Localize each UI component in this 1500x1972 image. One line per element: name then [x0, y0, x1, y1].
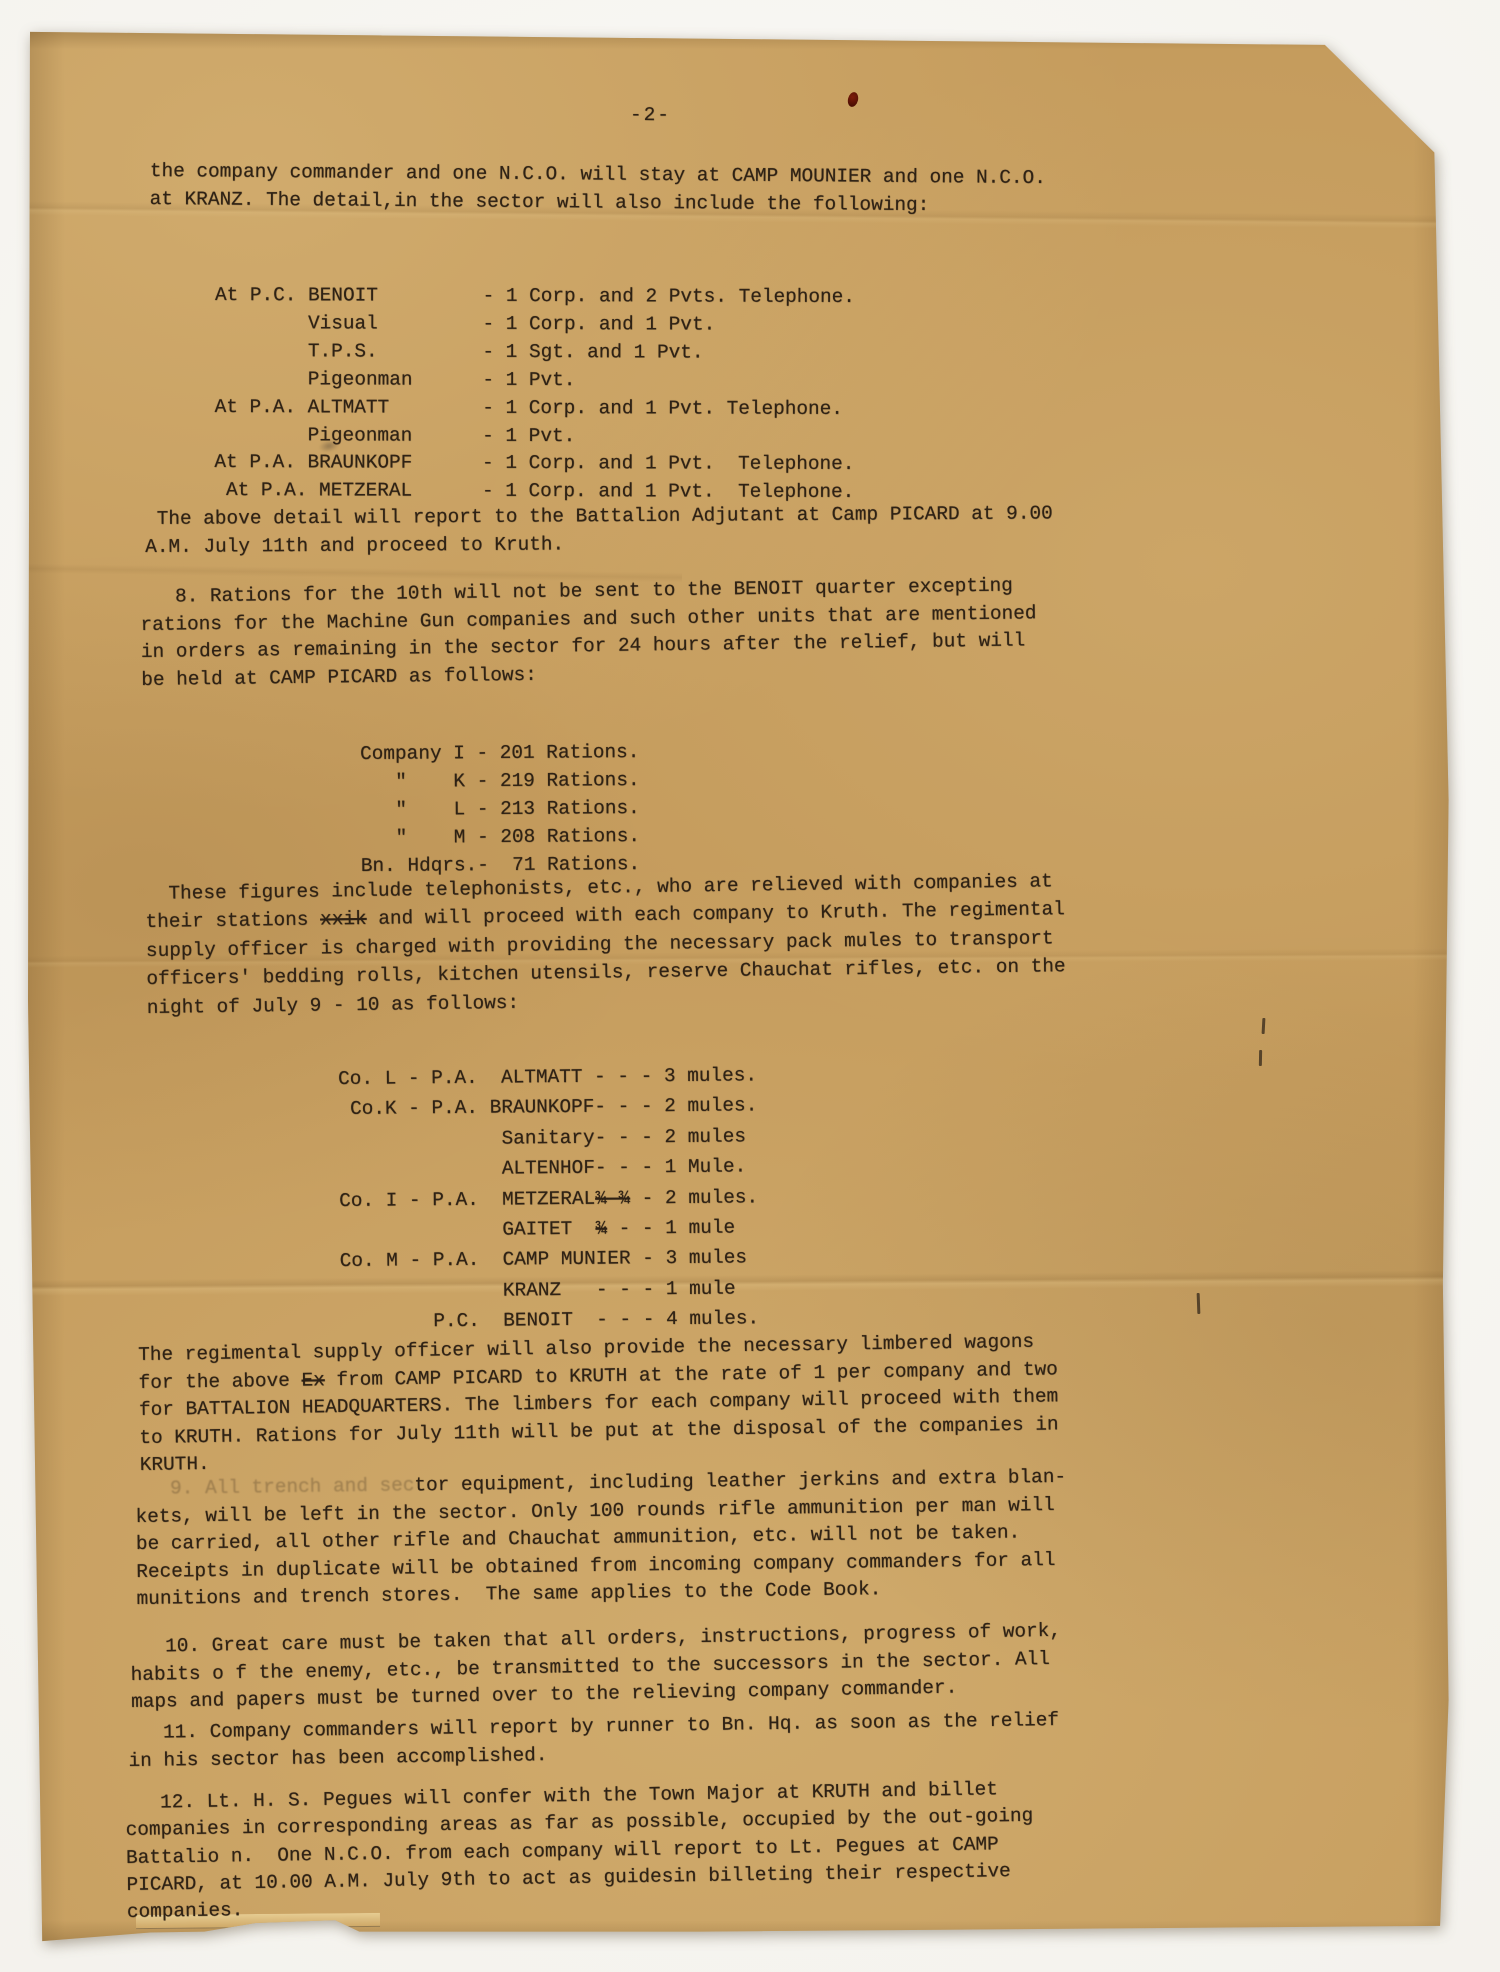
text-line: Co. M - P.A. CAMP MUNIER - 3 mules [340, 1243, 759, 1277]
rations-list: Company I - 201 Rations. " K - 219 Ratio… [360, 738, 640, 880]
text-line: A.M. July 11th and proceed to Kruth. [145, 528, 1053, 561]
text-line: Pigeonman - 1 Pvt. [214, 422, 854, 452]
paragraph-wagons: The regimental supply officer will also … [138, 1328, 1059, 1480]
text-line: Company I - 201 Rations. [360, 738, 639, 768]
text-line: Pigeonman - 1 Pvt. [215, 366, 855, 396]
page-number: -2- [630, 102, 671, 130]
text-line: At P.A. ALTMATT - 1 Corp. and 1 Pvt. Tel… [215, 394, 855, 424]
ink-stain [846, 91, 859, 108]
text-line: T.P.S. - 1 Sgt. and 1 Pvt. [215, 338, 855, 368]
text-line: GAITET ¾ - - 1 mule [339, 1212, 758, 1246]
pen-mark [1259, 1050, 1262, 1066]
detail-assignment-list: At P.C. BENOIT - 1 Corp. and 2 Pvts. Tel… [214, 282, 855, 507]
scan-background: -2- the company commander and one N.C.O.… [0, 0, 1500, 1972]
paragraph-report: The above detail will report to the Batt… [145, 500, 1053, 561]
text-line: At P.C. BENOIT - 1 Corp. and 2 Pvts. Tel… [215, 282, 855, 312]
text-line: ALTENHOF- - - 1 Mule. [339, 1152, 758, 1186]
paragraph-figures: These figures include telephonists, etc.… [145, 867, 1066, 1022]
pack-mules-list: Co. L - P.A. ALTMATT - - - 3 mules. Co.K… [338, 1060, 759, 1337]
text-line: The above detail will report to the Batt… [145, 500, 1053, 533]
paragraph-item-10: 10. Great care must be taken that all or… [130, 1618, 1062, 1717]
pen-mark [1197, 1293, 1200, 1314]
paragraph-item-9: 9. All trench and sector equipment, incl… [135, 1464, 1068, 1614]
paragraph-item-12: 12. Lt. H. S. Pegues will confer with th… [125, 1776, 1035, 1927]
text-line: Co.K - P.A. BRAUNKOPF- - - 2 mules. [338, 1091, 757, 1125]
text-line: " M - 208 Rations. [361, 822, 640, 852]
text-line: " L - 213 Rations. [360, 794, 639, 824]
text-line: At P.A. BRAUNKOPF - 1 Corp. and 1 Pvt. T… [214, 449, 854, 479]
document-page: -2- the company commander and one N.C.O.… [28, 30, 1450, 1945]
paragraph-item-8: 8. Rations for the 10th will not be sent… [140, 572, 1037, 694]
paragraph-intro: the company commander and one N.C.O. wil… [150, 158, 1046, 220]
text-line: Sanitary- - - 2 mules [339, 1121, 758, 1155]
text-line: " K - 219 Rations. [360, 766, 639, 796]
text-line: Co. I - P.A. METZERAL¾ ¾ - 2 mules. [339, 1182, 758, 1216]
document-paper-wrap: -2- the company commander and one N.C.O.… [0, 0, 1500, 1972]
pen-mark [1262, 1018, 1265, 1034]
text-line: KRANZ - - - 1 mule [340, 1273, 759, 1307]
text-line: Co. L - P.A. ALTMATT - - - 3 mules. [338, 1060, 757, 1094]
text-line: P.C. BENOIT - - - 4 mules. [340, 1304, 759, 1338]
paragraph-item-11: 11. Company commanders will report by ru… [128, 1707, 1060, 1775]
text-line: Visual - 1 Corp. and 1 Pvt. [215, 310, 855, 340]
